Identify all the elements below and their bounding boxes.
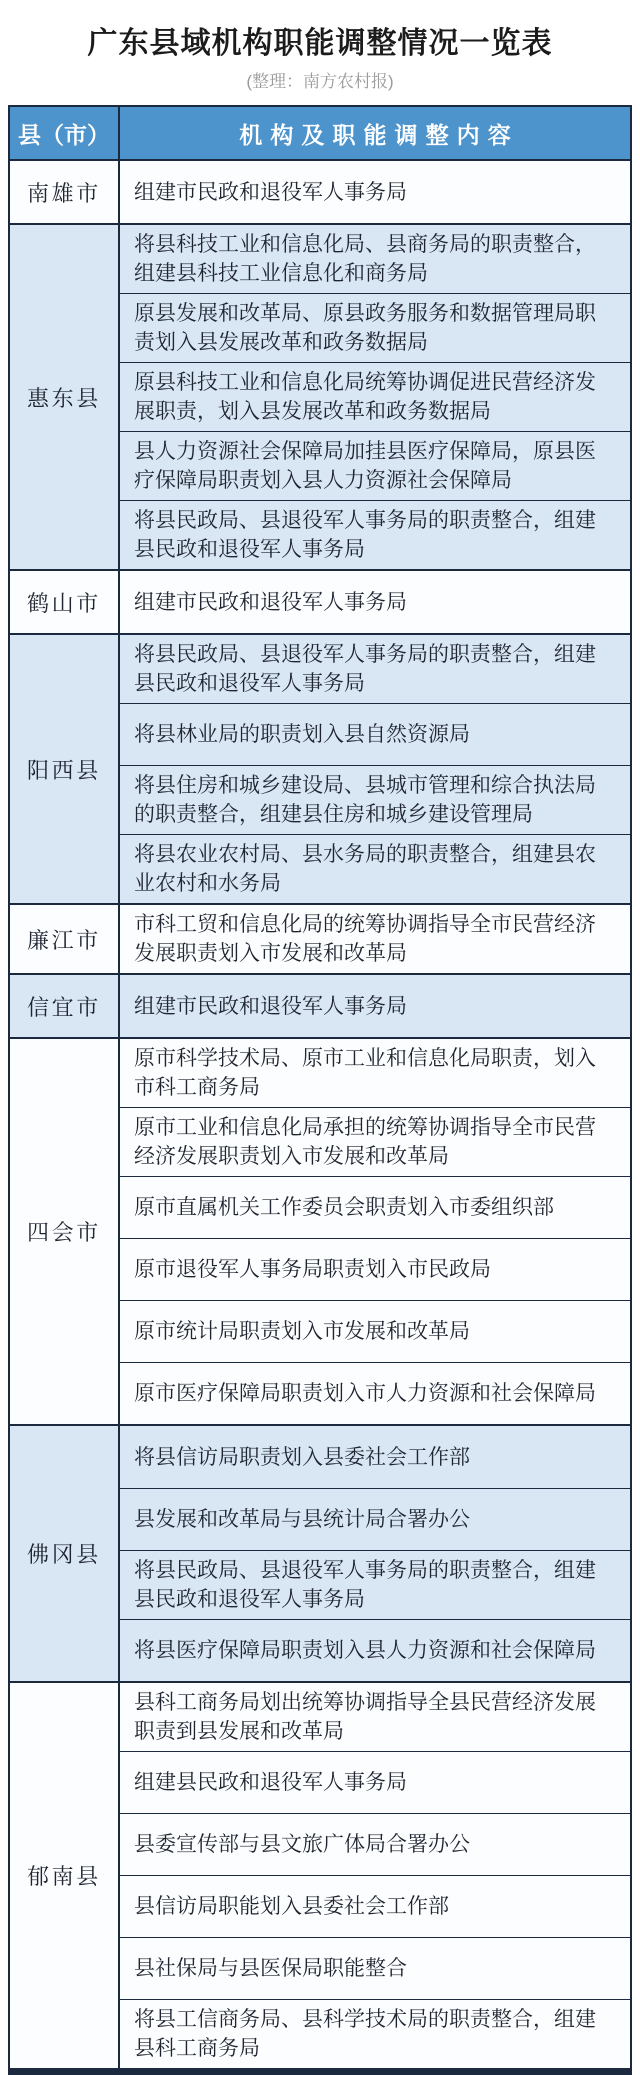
page: 广东县域机构职能调整情况一览表 (整理：南方农村报) 县（市） 机构及职能调整内… [0, 0, 640, 2075]
adjustment-list: 将县信访局职责划入县委社会工作部县发展和改革局与县统计局合署办公将县民政局、县退… [120, 1426, 630, 1681]
county-name: 郁南县 [10, 1683, 120, 2068]
adjustment-item: 原市医疗保障局职责划入市人力资源和社会保障局 [120, 1362, 630, 1424]
adjustment-item: 县人力资源社会保障局加挂县医疗保障局，原县医疗保障局职责划入县人力资源社会保障局 [120, 431, 630, 500]
county-name: 廉江市 [10, 905, 120, 973]
county-name: 四会市 [10, 1039, 120, 1424]
county-name: 阳西县 [10, 635, 120, 903]
county-group: 郁南县县科工商务局划出统筹协调指导全县民营经济发展职责到县发展和改革局组建县民政… [10, 1681, 630, 2068]
adjustment-item: 将县林业局的职责划入县自然资源局 [120, 703, 630, 765]
adjustment-item: 市科工贸和信息化局的统筹协调指导全市民营经济发展职责划入市发展和改革局 [120, 905, 630, 973]
adjustment-item: 县委宣传部与县文旅广体局合署办公 [120, 1813, 630, 1875]
county-group: 阳西县将县民政局、县退役军人事务局的职责整合，组建县民政和退役军人事务局将县林业… [10, 633, 630, 903]
county-group: 佛冈县将县信访局职责划入县委社会工作部县发展和改革局与县统计局合署办公将县民政局… [10, 1424, 630, 1681]
table-header-row: 县（市） 机构及职能调整内容 [10, 107, 630, 159]
adjustment-item: 将县住房和城乡建设局、县城市管理和综合执法局的职责整合，组建县住房和城乡建设管理… [120, 765, 630, 834]
adjustment-item: 组建县民政和退役军人事务局 [120, 1751, 630, 1813]
adjustment-item: 组建市民政和退役军人事务局 [120, 975, 630, 1037]
adjustment-item: 组建市民政和退役军人事务局 [120, 571, 630, 633]
adjustment-item: 原市科学技术局、原市工业和信息化局职责，划入市科工商务局 [120, 1039, 630, 1107]
adjustment-list: 市科工贸和信息化局的统筹协调指导全市民营经济发展职责划入市发展和改革局 [120, 905, 630, 973]
county-group: 鹤山市组建市民政和退役军人事务局 [10, 569, 630, 633]
adjustment-list: 组建市民政和退役军人事务局 [120, 975, 630, 1037]
adjustment-item: 县信访局职能划入县委社会工作部 [120, 1875, 630, 1937]
adjustment-item: 将县民政局、县退役军人事务局的职责整合，组建县民政和退役军人事务局 [120, 500, 630, 569]
county-group: 四会市原市科学技术局、原市工业和信息化局职责，划入市科工商务局原市工业和信息化局… [10, 1037, 630, 1424]
adjustment-list: 县科工商务局划出统筹协调指导全县民营经济发展职责到县发展和改革局组建县民政和退役… [120, 1683, 630, 2068]
adjustment-list: 组建市民政和退役军人事务局 [120, 161, 630, 223]
adjustment-item: 原县科技工业和信息化局统筹协调促进民营经济发展职责，划入县发展改革和政务数据局 [120, 362, 630, 431]
adjustment-item: 将县民政局、县退役军人事务局的职责整合，组建县民政和退役军人事务局 [120, 635, 630, 703]
adjustment-item: 原市工业和信息化局承担的统筹协调指导全市民营经济发展职责划入市发展和改革局 [120, 1107, 630, 1176]
adjustment-item: 将县信访局职责划入县委社会工作部 [120, 1426, 630, 1488]
adjustment-item: 县发展和改革局与县统计局合署办公 [120, 1488, 630, 1550]
adjustment-item: 将县民政局、县退役军人事务局的职责整合，组建县民政和退役军人事务局 [120, 1550, 630, 1619]
adjustment-item: 原市直属机关工作委员会职责划入市委组织部 [120, 1176, 630, 1238]
county-group: 南雄市组建市民政和退役军人事务局 [10, 159, 630, 223]
adjustment-item: 将县工信商务局、县科学技术局的职责整合，组建县科工商务局 [120, 1999, 630, 2068]
adjustment-item: 原市统计局职责划入市发展和改革局 [120, 1300, 630, 1362]
county-name: 鹤山市 [10, 571, 120, 633]
adjustment-item: 县科工商务局划出统筹协调指导全县民营经济发展职责到县发展和改革局 [120, 1683, 630, 1751]
county-group: 廉江市市科工贸和信息化局的统筹协调指导全市民营经济发展职责划入市发展和改革局 [10, 903, 630, 973]
adjustment-item: 将县农业农村局、县水务局的职责整合，组建县农业农村和水务局 [120, 834, 630, 903]
county-group: 信宜市组建市民政和退役军人事务局 [10, 973, 630, 1037]
adjustment-item: 将县医疗保障局职责划入县人力资源和社会保障局 [120, 1619, 630, 1681]
column-header-content: 机构及职能调整内容 [120, 107, 630, 159]
county-name: 惠东县 [10, 225, 120, 569]
county-name: 南雄市 [10, 161, 120, 223]
county-name: 佛冈县 [10, 1426, 120, 1681]
adjustment-item: 原市退役军人事务局职责划入市民政局 [120, 1238, 630, 1300]
adjustment-item: 将县科技工业和信息化局、县商务局的职责整合，组建县科技工业信息化和商务局 [120, 225, 630, 293]
adjustment-list: 原市科学技术局、原市工业和信息化局职责，划入市科工商务局原市工业和信息化局承担的… [120, 1039, 630, 1424]
adjustment-item: 县社保局与县医保局职能整合 [120, 1937, 630, 1999]
adjustment-item: 组建市民政和退役军人事务局 [120, 161, 630, 223]
adjustment-item: 原县发展和改革局、原县政务服务和数据管理局职责划入县发展改革和政务数据局 [120, 293, 630, 362]
adjustment-list: 将县民政局、县退役军人事务局的职责整合，组建县民政和退役军人事务局将县林业局的职… [120, 635, 630, 903]
adjustment-list: 将县科技工业和信息化局、县商务局的职责整合，组建县科技工业信息化和商务局原县发展… [120, 225, 630, 569]
page-title: 广东县域机构职能调整情况一览表 [8, 12, 632, 62]
table-body: 南雄市组建市民政和退役军人事务局惠东县将县科技工业和信息化局、县商务局的职责整合… [10, 159, 630, 2068]
county-name: 信宜市 [10, 975, 120, 1037]
page-subtitle: (整理：南方农村报) [8, 67, 632, 92]
adjustment-table: 县（市） 机构及职能调整内容 南雄市组建市民政和退役军人事务局惠东县将县科技工业… [8, 105, 632, 2075]
county-group: 惠东县将县科技工业和信息化局、县商务局的职责整合，组建县科技工业信息化和商务局原… [10, 223, 630, 569]
adjustment-list: 组建市民政和退役军人事务局 [120, 571, 630, 633]
column-header-county: 县（市） [10, 107, 120, 159]
